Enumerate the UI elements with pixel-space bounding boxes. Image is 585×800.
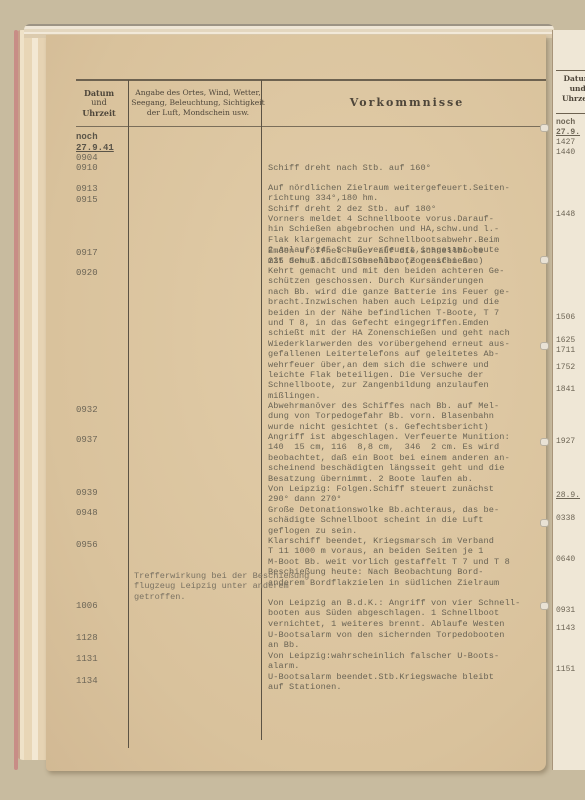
next-page-header-line: und — [562, 84, 585, 94]
next-page-header-line: Uhrzeit — [562, 94, 585, 104]
entry-text: Kehrt gemacht und mit den beiden achtere… — [268, 266, 558, 401]
next-page-date-2: 28.9. — [556, 491, 580, 501]
entry-text: Auf nördlichen Zielraum weitergefeuert.S… — [268, 183, 558, 204]
entry-text: Schiff dreht 2 dez Stb. auf 180° — [268, 204, 558, 214]
column-divider-1 — [128, 80, 129, 748]
entry-text: Emden eröffnet Feuer auf die Schnellboot… — [268, 246, 558, 267]
header-datum: Datum und Uhrzeit — [70, 80, 128, 126]
header-angabe-line: Angabe des Ortes, Wind, Wetter, — [131, 88, 264, 98]
next-page-time: 1625 — [556, 336, 575, 346]
entry-time: 1134 — [76, 676, 98, 687]
entry-time: 0910 — [76, 163, 98, 174]
next-page-time: 1448 — [556, 210, 575, 220]
entry-time: 0904 — [76, 153, 98, 164]
entry-time: 1128 — [76, 633, 98, 644]
entry-time: 0937 — [76, 435, 98, 446]
entry-text: Von Leipzig an B.d.K.: Angriff von vier … — [268, 598, 558, 629]
entry-time: 1131 — [76, 654, 98, 665]
header-datum-line: und — [82, 98, 115, 108]
entry-text: Von Leipzig: Folgen.Schiff steuert zunäc… — [268, 484, 558, 505]
entry-text: Angriff ist abgeschlagen. Verfeuerte Mun… — [268, 432, 558, 484]
next-page-time: 1427 — [556, 138, 575, 148]
entry-text: U-Bootsalarm beendet.Stb.Kriegswache ble… — [268, 672, 558, 693]
binding-thread — [540, 519, 549, 527]
header-bottom-rule — [76, 126, 546, 127]
header-datum-line: Uhrzeit — [82, 108, 115, 118]
entry-text: Abwehrmanöver des Schiffes nach Bb. auf … — [268, 401, 558, 432]
entry-time: 0932 — [76, 405, 98, 416]
next-page-time: 1752 — [556, 363, 575, 373]
entry-time: 0920 — [76, 268, 98, 279]
entry-time: 0915 — [76, 195, 98, 206]
book-cover-edge — [14, 30, 18, 770]
next-page-header: Datum und Uhrzeit — [562, 74, 585, 104]
entry-time: 0913 — [76, 184, 98, 195]
entry-time: 0917 — [76, 248, 98, 259]
next-page-time: 1143 — [556, 624, 575, 634]
date-label: 27.9.41 — [76, 143, 114, 154]
header-vorkommnisse: Vorkommnisse — [268, 80, 546, 126]
noch-label: noch — [76, 132, 98, 143]
binding-thread — [540, 256, 549, 264]
next-page-header-rule — [556, 70, 585, 71]
remark-text: Trefferwirkung bei der Beschießung flugz… — [134, 571, 384, 602]
next-page-noch: noch — [556, 118, 575, 128]
binding-thread — [540, 342, 549, 350]
next-page-time: 0640 — [556, 555, 575, 565]
entry-text: Schiff dreht nach Stb. auf 160° — [268, 163, 558, 173]
next-page-time: 0931 — [556, 606, 575, 616]
next-page-time: 0338 — [556, 514, 575, 524]
next-page-header-bottom-rule — [556, 113, 585, 114]
next-page-date: 27.9. — [556, 128, 580, 138]
header-datum-line: Datum — [82, 88, 115, 98]
binding-thread — [540, 124, 549, 132]
next-page-time: 1841 — [556, 385, 575, 395]
next-page-time: 1151 — [556, 665, 575, 675]
entry-text: Von Leipzig:wahrscheinlich falscher U-Bo… — [268, 651, 558, 672]
entry-text: Große Detonationswolke Bb.achteraus, das… — [268, 505, 558, 536]
header-angabe: Angabe des Ortes, Wind, Wetter, Seegang,… — [128, 80, 268, 126]
entry-time: 0939 — [76, 488, 98, 499]
next-page-time: 1506 — [556, 313, 575, 323]
header-angabe-line: der Luft, Mondschein usw. — [131, 108, 264, 118]
next-page-header-line: Datum — [562, 74, 585, 84]
next-page-time: 1711 — [556, 346, 575, 356]
header-angabe-line: Seegang, Beleuchtung, Sichtigkeit — [131, 98, 264, 108]
entry-time: 1006 — [76, 601, 98, 612]
binding-thread — [540, 602, 549, 610]
entry-time: 0956 — [76, 540, 98, 551]
entry-text: U-Bootsalarm von den sichernden Torpedob… — [268, 630, 558, 651]
table-header: Datum und Uhrzeit Angabe des Ortes, Wind… — [70, 80, 546, 126]
next-page-time: 1440 — [556, 148, 575, 158]
column-divider-2 — [261, 80, 262, 740]
entry-time: 0948 — [76, 508, 98, 519]
next-page-time: 1927 — [556, 437, 575, 447]
binding-thread — [540, 438, 549, 446]
